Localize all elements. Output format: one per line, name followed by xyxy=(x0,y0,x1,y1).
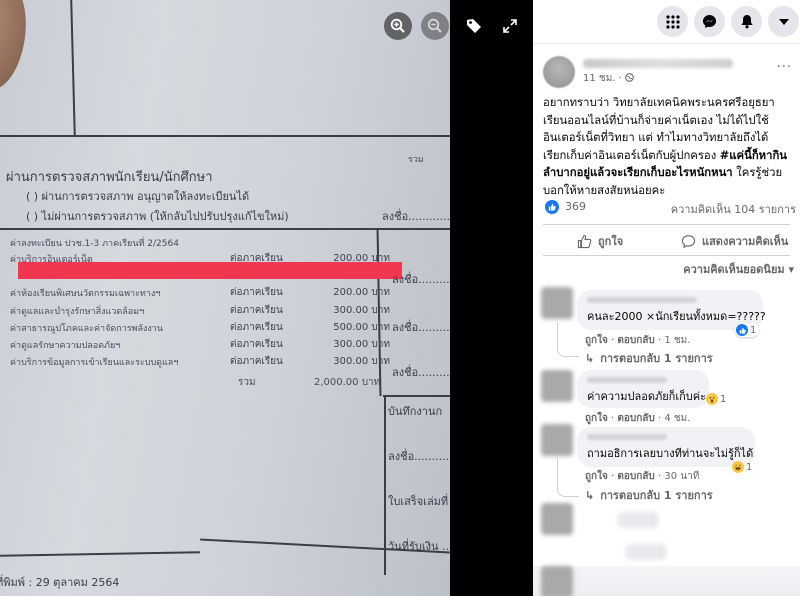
doc-inspection-title: ผ่านการตรวจสภาพนักเรียน/นักศึกษา xyxy=(6,166,213,187)
doc-sign-2: ลงชื่อ............. xyxy=(392,270,450,288)
post-stats: 369 ความคิดเห็น 104 รายการ xyxy=(533,188,800,224)
messenger-button[interactable] xyxy=(694,6,725,37)
bell-icon xyxy=(740,14,754,29)
doc-sign-1: ลงชื่อ............. xyxy=(382,207,450,225)
like-count[interactable]: 369 xyxy=(565,200,586,213)
caret-down-icon xyxy=(779,19,789,25)
comment-meta: ถูกใจ · ตอบกลับ · 30 นาที xyxy=(585,469,699,484)
doc-line xyxy=(70,0,75,136)
tag-photo-button[interactable] xyxy=(461,13,487,39)
doc-print-date: ที่พิมพ์ : 29 ตุลาคม 2564 xyxy=(0,573,119,591)
menu-button[interactable] xyxy=(657,6,688,37)
zoom-in-button[interactable] xyxy=(384,12,412,40)
comment-item: ถามอธิการเลยบางทีท่านจะไม่รู้ก็ได้ 1 ถูก… xyxy=(533,424,800,508)
thumbs-up-icon xyxy=(739,327,746,334)
commenter-avatar-blurred xyxy=(541,503,573,535)
comment-reaction[interactable]: 1 xyxy=(731,460,755,474)
post-timestamp[interactable]: 11 ชม. · xyxy=(583,71,634,86)
doc-total-amount: 2,000.00 บาท xyxy=(314,375,380,390)
comment-time[interactable]: 1 ชม. xyxy=(664,335,690,346)
comment-reaction[interactable]: 1 xyxy=(705,392,729,406)
comment-text: ค่าความปลอดภัยก็เก็บค่ะ xyxy=(587,387,699,405)
comment-bubble: ถามอธิการเลยบางทีท่านจะไม่รู้ก็ได้ xyxy=(577,427,755,467)
view-replies-link[interactable]: ↳ การตอบกลับ 1 รายการ xyxy=(585,486,713,504)
reply-thread-line xyxy=(557,458,579,497)
photo-viewer: รวม ผ่านการตรวจสภาพนักเรียน/นักศึกษา ( )… xyxy=(0,0,533,596)
comment-reply-action[interactable]: ตอบกลับ xyxy=(617,413,654,424)
expand-icon xyxy=(502,18,518,34)
comment-button[interactable]: แสดงความคิดเห็น xyxy=(681,232,788,250)
notifications-button[interactable] xyxy=(731,6,762,37)
fee-row: ค่าดูแลและบำรุงรักษาสิ่งแวดล้อมฯ ต่อภาคเ… xyxy=(10,302,390,319)
doc-option-pass: ( ) ผ่านการตรวจสภาพ อนุญาตให้ลงทะเบียนได… xyxy=(26,187,249,205)
like-button[interactable]: ถูกใจ xyxy=(577,232,623,250)
comment-text: ถามอธิการเลยบางทีท่านจะไม่รู้ก็ได้ xyxy=(587,444,745,462)
thumbs-up-icon xyxy=(548,203,556,211)
post-actions: ถูกใจ แสดงความคิดเห็น xyxy=(543,224,790,256)
commenter-avatar[interactable] xyxy=(541,287,573,319)
commenter-avatar[interactable] xyxy=(541,424,573,456)
fee-row: ค่าห้องเรียนพิเศษนวัตกรรมเฉพาะทางฯ ต่อภา… xyxy=(10,284,390,301)
comment-time[interactable]: 4 ชม. xyxy=(664,413,690,424)
doc-record-label: บันทึกงานก xyxy=(388,402,442,420)
doc-option-fail: ( ) ไม่ผ่านการตรวจสภาพ (ให้กลับไปปรับปรุ… xyxy=(26,207,289,225)
blurred-comment xyxy=(617,512,659,528)
doc-line xyxy=(383,395,450,397)
globe-icon xyxy=(625,73,634,82)
redaction-bar xyxy=(18,262,402,279)
commenter-avatar-blurred xyxy=(541,566,573,596)
comment-bubble: ค่าความปลอดภัยก็เก็บค่ะ xyxy=(577,370,709,408)
doc-total-label: รวม xyxy=(238,375,256,390)
view-replies-link[interactable]: ↳ การตอบกลับ 1 รายการ xyxy=(585,349,713,367)
comment-reply-action[interactable]: ตอบกลับ xyxy=(617,335,654,346)
blurred-comment xyxy=(625,544,667,560)
fee-row: ค่าดูแลรักษาความปลอดภัยฯ ต่อภาคเรียน 300… xyxy=(10,336,390,353)
post-options-button[interactable]: ··· xyxy=(777,60,792,75)
comment-text: คนละ2000 ×นักเรียนทั้งหมด=????? xyxy=(587,307,753,325)
comment-like-action[interactable]: ถูกใจ xyxy=(585,413,608,424)
doc-header-total: รวม xyxy=(408,152,424,166)
doc-sign-3: ลงชื่อ............. xyxy=(392,318,450,336)
zoom-in-icon xyxy=(390,18,406,34)
fullscreen-button[interactable] xyxy=(497,13,523,39)
comment-time[interactable]: 30 นาที xyxy=(664,471,699,482)
messenger-icon xyxy=(702,14,717,29)
commenter-name-blurred[interactable] xyxy=(587,434,667,440)
doc-sign-5: ลงชื่อ............. xyxy=(388,447,450,465)
fee-row: ค่าสาธารณูปโภคและค่าจัดการพลังงาน ต่อภาค… xyxy=(10,319,390,336)
reply-arrow-icon: ↳ xyxy=(585,352,594,365)
comment-sort: ความคิดเห็นยอดนิยม ▾ xyxy=(533,256,800,278)
comment-count[interactable]: ความคิดเห็น 104 รายการ xyxy=(671,200,796,218)
doc-line xyxy=(0,135,450,137)
finger-in-photo xyxy=(0,0,32,93)
post-header: 11 ชม. · ··· xyxy=(533,44,800,90)
doc-receipt-label: ใบเสร็จเล่มที่ xyxy=(388,492,448,510)
fee-row: ค่าบริการข้อมูลการเข้าเรียนและระบบดูแลฯ … xyxy=(10,353,390,370)
doc-line xyxy=(0,228,450,230)
post-side-panel: 11 ชม. · ··· อยากทราบว่า วิทยาลัยเทคนิคพ… xyxy=(533,0,800,596)
reply-arrow-icon: ↳ xyxy=(585,489,594,502)
comment-reaction[interactable]: 1 xyxy=(735,323,759,337)
comment-reply-action[interactable]: ตอบกลับ xyxy=(617,471,654,482)
zoom-out-button[interactable] xyxy=(421,12,449,40)
like-reaction-icon xyxy=(736,324,748,336)
comment-bubble-icon xyxy=(681,234,696,249)
comment-sort-dropdown[interactable]: ความคิดเห็นยอดนิยม ▾ xyxy=(683,260,794,278)
top-navigation xyxy=(533,0,800,44)
commenter-name-blurred[interactable] xyxy=(587,377,667,383)
comment-item: คนละ2000 ×นักเรียนทั้งหมด=????? 1 ถูกใจ … xyxy=(533,282,800,368)
doc-received-date: วันที่รับเงิน ... xyxy=(388,537,450,555)
comment-like-action[interactable]: ถูกใจ xyxy=(585,471,608,482)
like-reaction-icon[interactable] xyxy=(545,200,559,214)
comment-item: ค่าความปลอดภัยก็เก็บค่ะ 1 ถูกใจ · ตอบกลั… xyxy=(533,370,800,422)
commenter-avatar[interactable] xyxy=(541,370,573,402)
photo-document: รวม ผ่านการตรวจสภาพนักเรียน/นักศึกษา ( )… xyxy=(0,0,450,596)
comment-bubble: คนละ2000 ×นักเรียนทั้งหมด=????? xyxy=(577,290,763,330)
wow-reaction-icon xyxy=(706,393,718,405)
thumbs-up-outline-icon xyxy=(577,234,592,249)
author-name-blurred[interactable] xyxy=(583,59,733,68)
doc-fee-title: ค่าลงทะเบียน ปวช.1-3 ภาคเรียนที่ 2/2564 xyxy=(10,236,179,250)
tag-icon xyxy=(465,17,483,35)
author-avatar[interactable] xyxy=(543,56,575,88)
doc-line xyxy=(0,551,200,556)
wow-face-icon xyxy=(707,394,717,404)
reply-thread-line xyxy=(557,322,579,357)
zoom-out-icon xyxy=(427,18,443,34)
comment-like-action[interactable]: ถูกใจ xyxy=(585,335,608,346)
doc-sign-4: ลงชื่อ............. xyxy=(392,363,450,381)
haha-reaction-icon xyxy=(732,461,744,473)
haha-face-icon xyxy=(733,462,743,472)
grid-menu-icon xyxy=(666,15,680,29)
account-button[interactable] xyxy=(768,6,799,37)
commenter-name-blurred[interactable] xyxy=(587,297,697,303)
comment-meta: ถูกใจ · ตอบกลับ · 1 ชม. xyxy=(585,333,690,348)
comment-composer-area xyxy=(533,566,800,596)
post-text: อยากทราบว่า วิทยาลัยเทคนิคพระนครศรีอยุธย… xyxy=(533,90,800,188)
